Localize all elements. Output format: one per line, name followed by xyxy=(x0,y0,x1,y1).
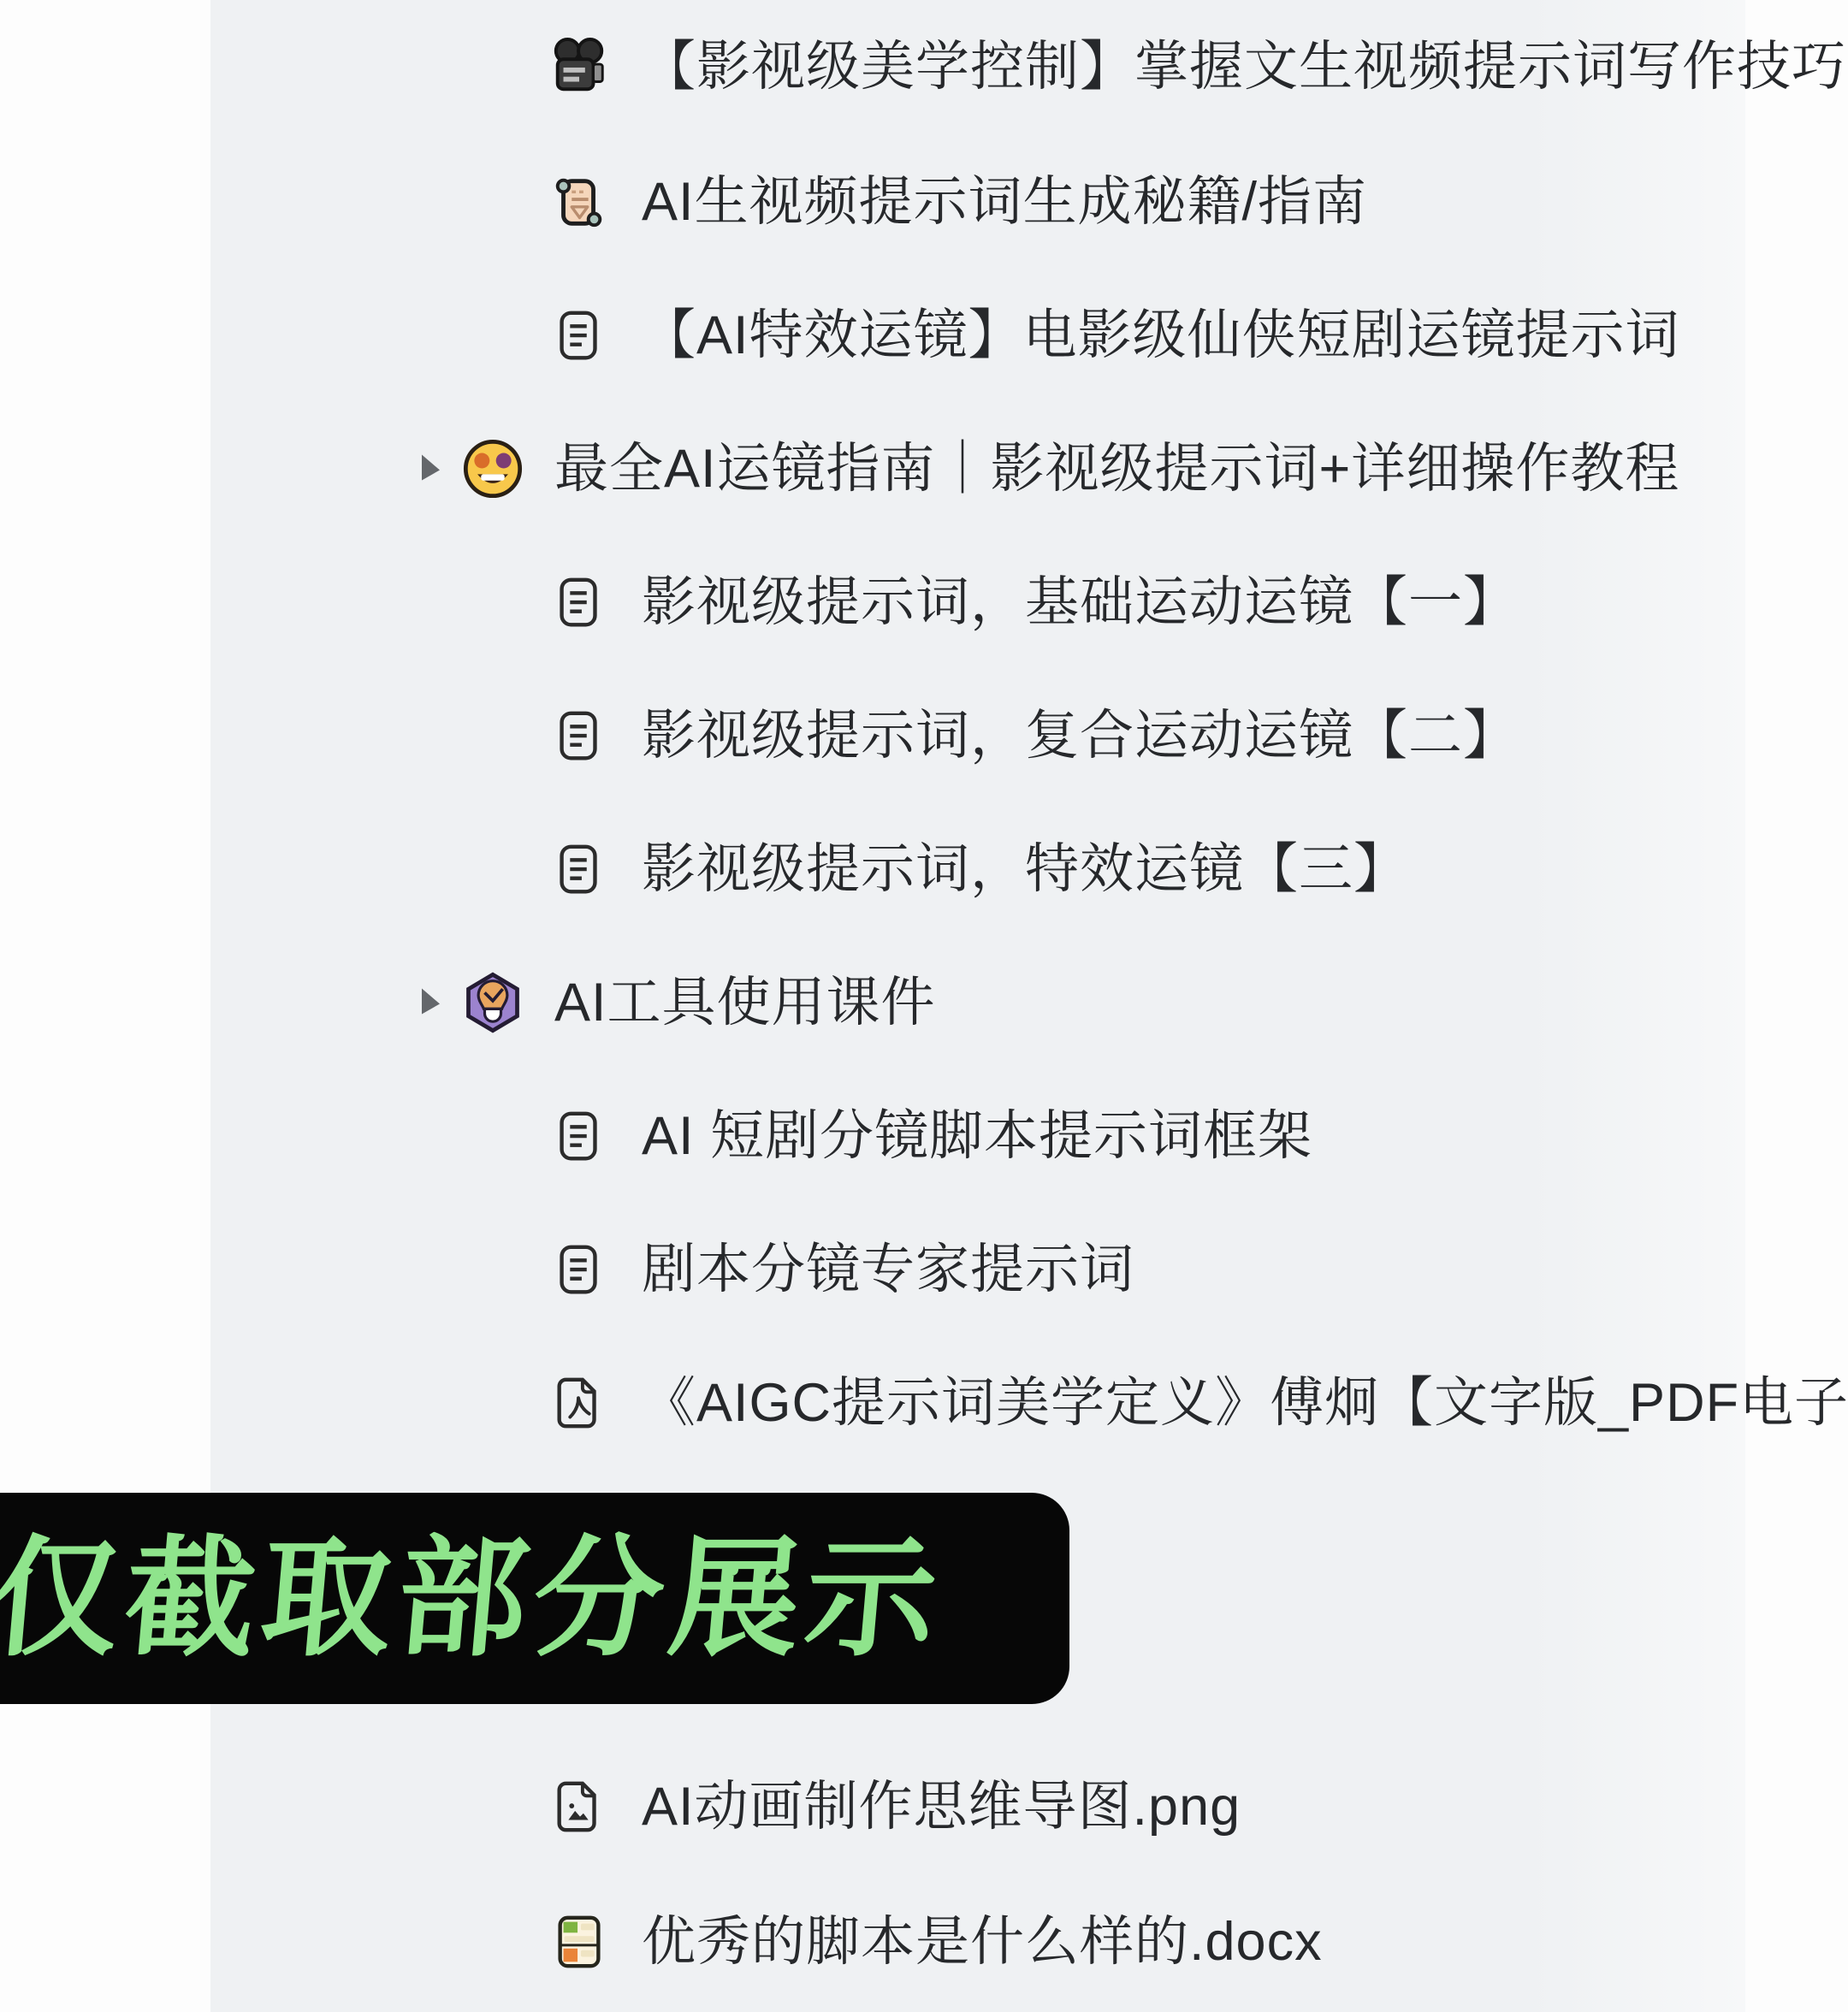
tree-item-label: 剧本分镜专家提示词 xyxy=(642,1243,1134,1297)
document-icon xyxy=(549,839,609,899)
docx-file-icon xyxy=(549,1912,609,1972)
tree-item-label: 优秀的脚本是什么样的.docx xyxy=(642,1915,1323,1969)
hexagon-bulb-icon xyxy=(460,970,525,1035)
tree-item-label: 影视级提示词，复合运动运镜【二】 xyxy=(642,709,1518,763)
document-icon xyxy=(549,706,609,766)
tree-item-row[interactable]: 优秀的脚本是什么样的.docx xyxy=(549,1894,1323,1990)
tree-item-label: AI工具使用课件 xyxy=(554,976,936,1030)
tree-item-label: 【AI特效运镜】电影级仙侠短剧运镜提示词 xyxy=(642,309,1680,363)
expand-arrow-icon[interactable] xyxy=(422,455,440,483)
movie-camera-icon xyxy=(549,37,609,97)
grinning-face-icon xyxy=(460,436,525,501)
image-file-icon xyxy=(549,1777,609,1837)
scroll-icon xyxy=(549,172,609,232)
tree-item-row[interactable]: 影视级提示词，复合运动运镜【二】 xyxy=(549,688,1518,784)
tree-item-row[interactable]: 《AIGC提示词美学定义》傅炯【文字版_PDF电子书_... xyxy=(549,1355,1848,1451)
file-tree-panel: 【影视级美学控制】掌握文生视频提示词写作技巧 AI生视频提示词生成秘籍/指南 xyxy=(210,0,1745,2012)
pdf-file-icon xyxy=(549,1373,609,1433)
tree-item-row[interactable]: 影视级提示词，基础运动运镜【一】 xyxy=(549,554,1518,650)
tree-item-label: 【影视级美学控制】掌握文生视频提示词写作技巧 xyxy=(642,40,1846,94)
tree-item-row[interactable]: 【影视级美学控制】掌握文生视频提示词写作技巧 xyxy=(549,19,1846,115)
tree-item-row[interactable]: AI动画制作思维导图.png xyxy=(549,1759,1241,1855)
tree-item-label: 《AIGC提示词美学定义》傅炯【文字版_PDF电子书_... xyxy=(642,1376,1848,1430)
tree-item-label: 影视级提示词，基础运动运镜【一】 xyxy=(642,576,1518,630)
tree-item-label: AI生视频提示词生成秘籍/指南 xyxy=(642,175,1367,229)
tree-item-row[interactable]: 【AI特效运镜】电影级仙侠短剧运镜提示词 xyxy=(549,287,1680,383)
tree-item-label: AI 短剧分镜脚本提示词框架 xyxy=(642,1110,1312,1163)
document-icon xyxy=(549,1240,609,1299)
expand-arrow-icon[interactable] xyxy=(422,989,440,1017)
document-icon xyxy=(549,305,609,365)
tree-item-label: 影视级提示词，特效运镜【三】 xyxy=(642,843,1408,897)
tree-item-row[interactable]: AI生视频提示词生成秘籍/指南 xyxy=(549,154,1367,250)
tree-item-label: AI动画制作思维导图.png xyxy=(642,1780,1241,1834)
tree-item-row[interactable]: 最全AI运镜指南｜影视级提示词+详细操作教程 xyxy=(422,421,1679,517)
tree-item-row[interactable]: AI 短剧分镜脚本提示词框架 xyxy=(549,1088,1312,1184)
watermark-banner-text: 仅截取部分展示 xyxy=(0,1534,948,1664)
tree-item-row[interactable]: 剧本分镜专家提示词 xyxy=(549,1222,1134,1317)
watermark-banner: 仅截取部分展示 xyxy=(0,1493,1069,1704)
document-icon xyxy=(549,572,609,632)
document-icon xyxy=(549,1106,609,1166)
tree-item-label: 最全AI运镜指南｜影视级提示词+详细操作教程 xyxy=(554,442,1679,496)
tree-item-row[interactable]: AI工具使用课件 xyxy=(422,955,936,1050)
tree-item-row[interactable]: 影视级提示词，特效运镜【三】 xyxy=(549,821,1408,917)
